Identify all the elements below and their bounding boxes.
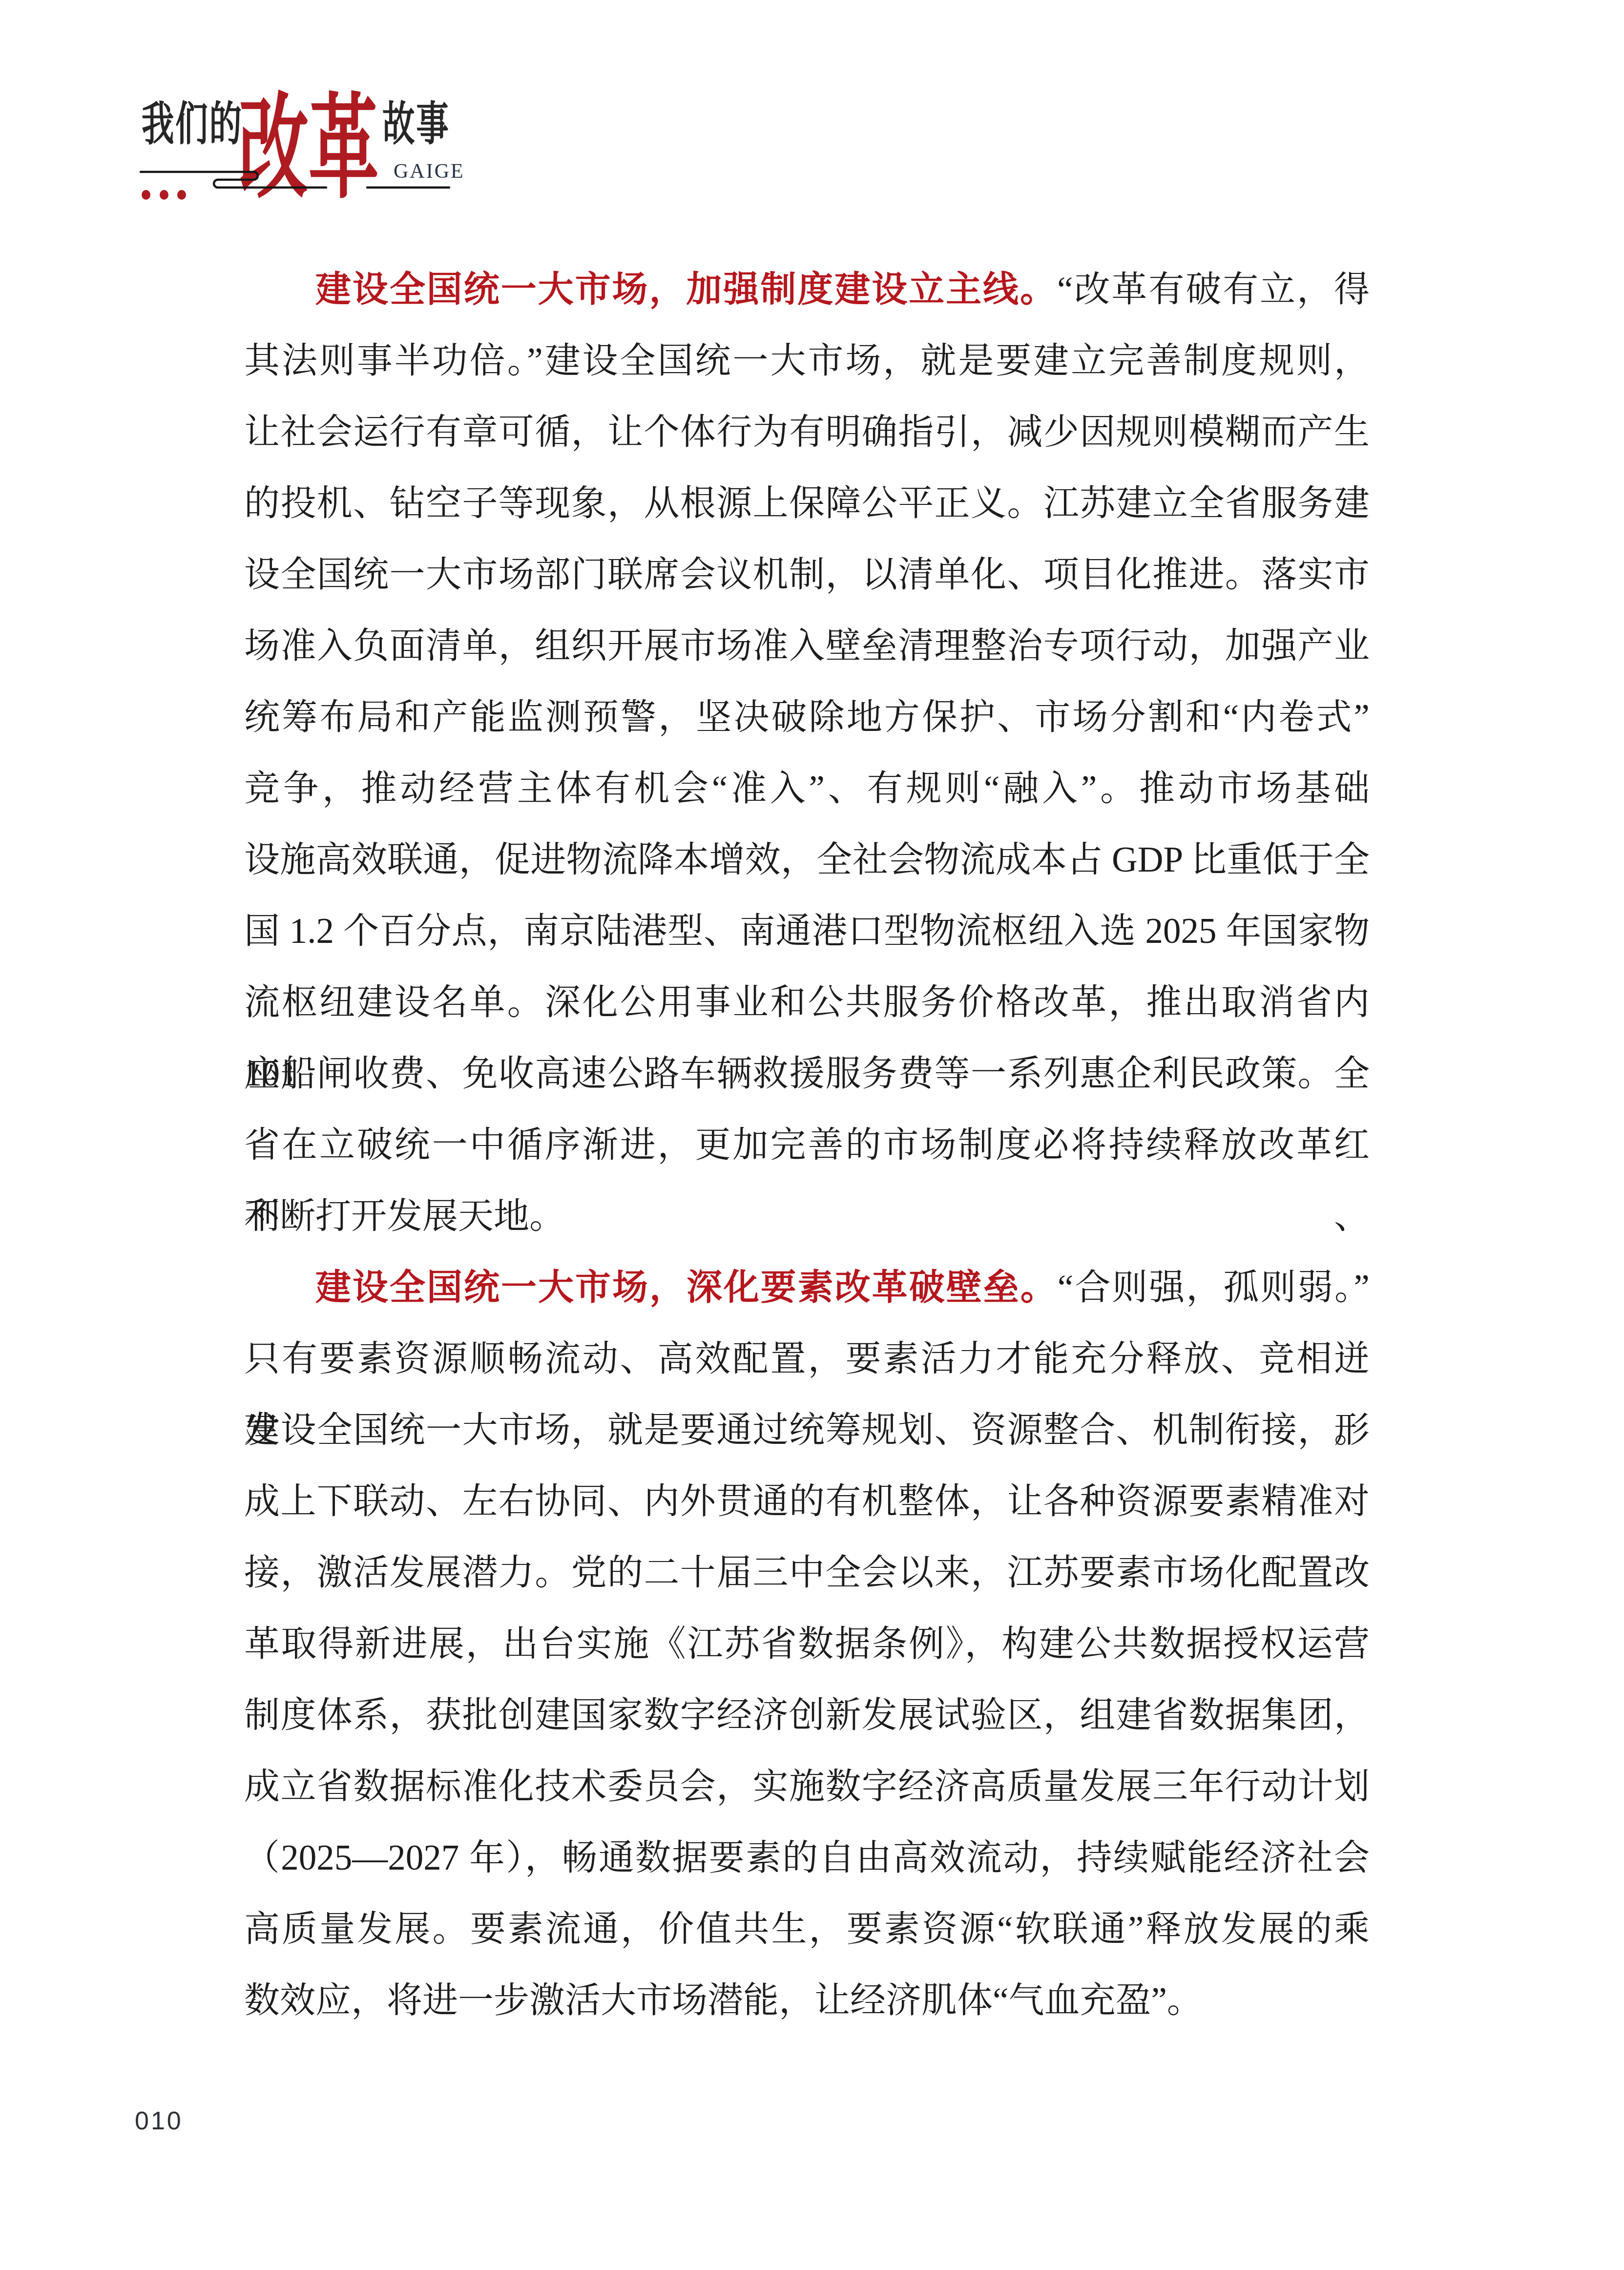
text-line: 建设全国统一大市场，就是要通过统筹规划、资源整合、机制衔接，形 xyxy=(244,1395,1370,1466)
paragraph-text: 成立省数据标准化技术委员会，实施数字经济高质量发展三年行动计划 xyxy=(244,1767,1370,1806)
flourish-dot xyxy=(160,190,168,200)
paragraph-text: 接，激活发展潜力。党的二十届三中全会以来，江苏要素市场化配置改 xyxy=(244,1553,1370,1592)
text-line: 高质量发展。要素流通，价值共生，要素资源“软联通”释放发展的乘 xyxy=(244,1894,1370,1965)
book-series-logo: 我们的 改革 故事 GAIGE xyxy=(0,0,537,273)
paragraph-text: 不断打开发展天地。 xyxy=(244,1196,565,1236)
flourish-dot xyxy=(142,190,150,200)
paragraph-heading: 建设全国统一大市场，深化要素改革破壁垒。 xyxy=(315,1268,1058,1307)
text-line: 设施高效联通，促进物流降本增效，全社会物流成本占 GDP 比重低于全 xyxy=(244,824,1370,896)
page-number: 010 xyxy=(135,2108,183,2134)
text-line: 的投机、钻空子等现象，从根源上保障公平正义。江苏建立全省服务建 xyxy=(244,468,1370,539)
flourish-line xyxy=(141,172,449,187)
text-line: 建设全国统一大市场，深化要素改革破壁垒。“合则强，孤则弱。” xyxy=(244,1252,1370,1323)
paragraph-text: 成上下联动、左右协同、内外贯通的有机整体，让各种资源要素精准对 xyxy=(244,1481,1370,1521)
text-line: 革取得新进展，出台实施《江苏省数据条例》，构建公共数据授权运营 xyxy=(244,1608,1370,1680)
logo-text-suffix: 故事 xyxy=(382,102,450,148)
text-line: （2025—2027 年），畅通数据要素的自由高效流动，持续赋能经济社会 xyxy=(244,1822,1370,1894)
flourish-dot xyxy=(177,190,186,200)
paragraph-text: 建设全国统一大市场，就是要通过统筹规划、资源整合、机制衔接，形 xyxy=(244,1410,1370,1450)
logo-flourish-icon xyxy=(127,161,469,215)
text-line: 其法则事半功倍。”建设全国统一大市场，就是要建立完善制度规则， xyxy=(244,325,1370,396)
paragraph-text: 数效应，将进一步激活大市场潜能，让经济肌体“气血充盈”。 xyxy=(244,1980,1203,2020)
paragraph-text: 座船闸收费、免收高速公路车辆救援服务费等一系列惠企利民政策。全 xyxy=(244,1054,1370,1093)
text-line: 成立省数据标准化技术委员会，实施数字经济高质量发展三年行动计划 xyxy=(244,1751,1370,1822)
text-line: 只有要素资源顺畅流动、高效配置，要素活力才能充分释放、竞相迸发。 xyxy=(244,1323,1370,1395)
paragraph-heading: 建设全国统一大市场，加强制度建设立主线。 xyxy=(315,270,1057,309)
text-line: 数效应，将进一步激活大市场潜能，让经济肌体“气血充盈”。 xyxy=(244,1965,1370,2036)
text-line: 成上下联动、左右协同、内外贯通的有机整体，让各种资源要素精准对 xyxy=(244,1466,1370,1537)
paragraph-text: （2025—2027 年），畅通数据要素的自由高效流动，持续赋能经济社会 xyxy=(244,1838,1370,1877)
text-line: 场准入负面清单，组织开展市场准入壁垒清理整治专项行动，加强产业 xyxy=(244,610,1370,682)
paragraph-text: “合则强，孤则弱。” xyxy=(1058,1268,1370,1307)
paragraph-text: “改革有破有立，得 xyxy=(1057,270,1370,309)
text-line: 制度体系，获批创建国家数字经济创新发展试验区，组建省数据集团， xyxy=(244,1680,1370,1751)
paragraph-text: 的投机、钻空子等现象，从根源上保障公平正义。江苏建立全省服务建 xyxy=(244,483,1370,523)
paragraph-text: 场准入负面清单，组织开展市场准入壁垒清理整治专项行动，加强产业 xyxy=(244,626,1370,666)
paragraph-text: 高质量发展。要素流通，价值共生，要素资源“软联通”释放发展的乘 xyxy=(244,1909,1370,1949)
logo-text-prefix: 我们的 xyxy=(142,102,243,148)
text-line: 统筹布局和产能监测预警，坚决破除地方保护、市场分割和“内卷式” xyxy=(244,682,1370,753)
text-block: 建设全国统一大市场，加强制度建设立主线。“改革有破有立，得其法则事半功倍。”建设… xyxy=(244,254,1370,2036)
text-line: 接，激活发展潜力。党的二十届三中全会以来，江苏要素市场化配置改 xyxy=(244,1537,1370,1608)
paragraph-text: 国 1.2 个百分点，南京陆港型、南通港口型物流枢纽入选 2025 年国家物 xyxy=(244,911,1370,951)
paragraph-text: 其法则事半功倍。”建设全国统一大市场，就是要建立完善制度规则， xyxy=(244,341,1370,380)
paragraph-text: 统筹布局和产能监测预警，坚决破除地方保护、市场分割和“内卷式” xyxy=(244,697,1370,737)
text-line: 座船闸收费、免收高速公路车辆救援服务费等一系列惠企利民政策。全 xyxy=(244,1038,1370,1109)
paragraph-text: 革取得新进展，出台实施《江苏省数据条例》，构建公共数据授权运营 xyxy=(244,1624,1370,1664)
text-line: 让社会运行有章可循，让个体行为有明确指引，减少因规则模糊而产生 xyxy=(244,396,1370,468)
text-line: 设全国统一大市场部门联席会议机制，以清单化、项目化推进。落实市 xyxy=(244,539,1370,610)
paragraph-text: 让社会运行有章可循，让个体行为有明确指引，减少因规则模糊而产生 xyxy=(244,412,1370,452)
text-line: 竞争，推动经营主体有机会“准入”、有规则“融入”。推动市场基础 xyxy=(244,753,1370,824)
paragraph-text: 竞争，推动经营主体有机会“准入”、有规则“融入”。推动市场基础 xyxy=(244,769,1370,808)
book-page: { "colors":{ "accent_red":"#b5161d", "lo… xyxy=(0,0,1624,2270)
text-line: 流枢纽建设名单。深化公用事业和公共服务价格改革，推出取消省内 101 xyxy=(244,967,1370,1038)
paragraph-text: 设全国统一大市场部门联席会议机制，以清单化、项目化推进。落实市 xyxy=(244,555,1370,594)
paragraph-text: 设施高效联通，促进物流降本增效，全社会物流成本占 GDP 比重低于全 xyxy=(244,840,1370,879)
paragraph-text: 制度体系，获批创建国家数字经济创新发展试验区，组建省数据集团， xyxy=(244,1695,1370,1735)
text-line: 省在立破统一中循序渐进，更加完善的市场制度必将持续释放改革红利、 xyxy=(244,1109,1370,1181)
text-line: 建设全国统一大市场，加强制度建设立主线。“改革有破有立，得 xyxy=(244,254,1370,325)
text-line: 国 1.2 个百分点，南京陆港型、南通港口型物流枢纽入选 2025 年国家物 xyxy=(244,896,1370,967)
